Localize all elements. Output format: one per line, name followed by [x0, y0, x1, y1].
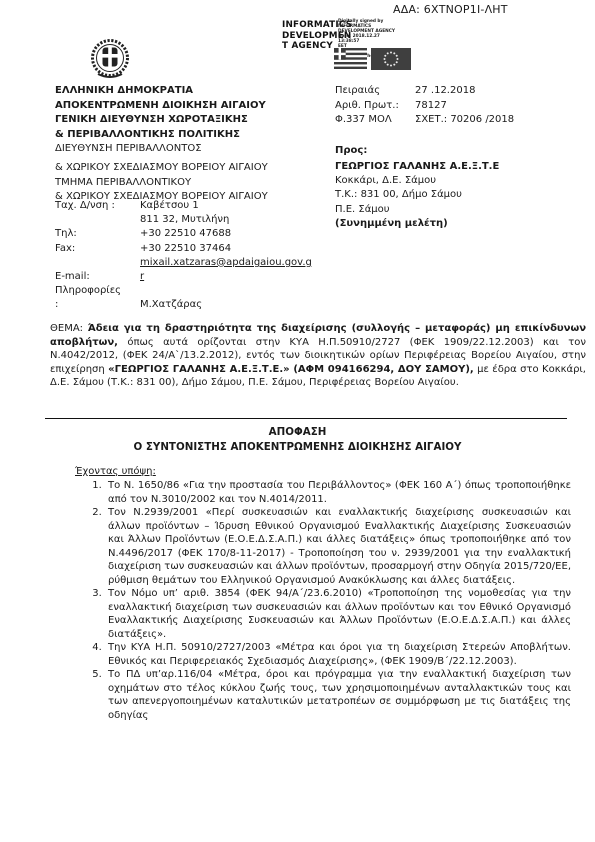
document-page: ΑΔΑ: 6ΧΤΝΟΡ1Ι-ΛΗΤ INFORMATICS DEVELOPMEN… — [0, 0, 595, 842]
org-line: ΕΛΛΗΝΙΚΗ ΔΗΜΟΚΡΑΤΙΑ — [55, 84, 268, 99]
subject-company-bold: «ΓΕΩΡΓΙΟΣ ΓΑΛΑΝΗΣ Α.Ε.Ξ.Τ.Ε.» (ΑΦΜ 09416… — [108, 364, 474, 375]
contact-label: Τηλ: — [55, 227, 140, 241]
contact-label: E-mail: — [55, 270, 140, 284]
contact-row-fax: Fax: +30 22510 37464 — [55, 242, 312, 256]
org-line: ΤΜΗΜΑ ΠΕΡΙΒΑΛΛΟΝΤΙΚΟΥ — [55, 176, 268, 191]
email-link[interactable]: mixail.xatzaras@apdaigaiou.gov.g — [140, 256, 312, 270]
recipient-address-line: Κοκκάρι, Δ.Ε. Σάμου — [335, 174, 499, 188]
greek-emblem-icon — [84, 36, 136, 82]
subject-label: ΘΕΜΑ: — [50, 323, 83, 334]
contact-label — [55, 256, 140, 270]
greek-flag-icon — [334, 48, 367, 69]
meta-value: 78127 — [415, 99, 447, 114]
contact-row-email-value: mixail.xatzaras@apdaigaiou.gov.g — [55, 256, 312, 270]
org-line: ΓΕΝΙΚΗ ΔΙΕΥΘΥΝΣΗ ΧΩΡΟΤΑΞΙΚΗΣ — [55, 113, 268, 128]
contact-row-info-person: : Μ.Χατζάρας — [55, 298, 312, 312]
legal-references-list: Το Ν. 1650/86 «Για την προστασία του Περ… — [55, 479, 571, 722]
org-line: ΑΠΟΚΕΝΤΡΩΜΕΝΗ ΔΙΟΙΚΗΣΗ ΑΙΓΑΙΟΥ — [55, 99, 268, 114]
meta-row-protocol-number: Αριθ. Πρωτ.: 78127 — [335, 99, 514, 114]
decision-title: ΑΠΟΦΑΣΗ — [0, 425, 595, 440]
contact-label: : — [55, 298, 140, 312]
contact-value: Καβέτσου 1 — [140, 199, 199, 213]
having-regard-label: Έχοντας υπόψη: — [75, 466, 156, 477]
org-header: ΕΛΛΗΝΙΚΗ ΔΗΜΟΚΡΑΤΙΑ ΑΠΟΚΕΝΤΡΩΜΕΝΗ ΔΙΟΙΚΗ… — [55, 84, 268, 205]
org-line: ΔΙΕΥΘΥΝΣΗ ΠΕΡΙΒΑΛΛΟΝΤΟΣ — [55, 142, 268, 157]
meta-value: ΣΧΕΤ.: 70206 /2018 — [415, 113, 514, 128]
contact-value: 811 32, Μυτιλήνη — [140, 213, 229, 227]
ada-code: ΑΔΑ: 6ΧΤΝΟΡ1Ι-ΛΗΤ — [393, 3, 508, 16]
org-line: & ΧΩΡΙΚΟΥ ΣΧΕΔΙΑΣΜΟΥ ΒΟΡΕΙΟΥ ΑΙΓΑΙΟΥ — [55, 161, 268, 176]
legal-item-5: Το ΠΔ υπ’αρ.116/04 «Μέτρα, όροι και πρόγ… — [105, 668, 571, 722]
contact-row-address: Ταχ. Δ/νση : Καβέτσου 1 — [55, 199, 312, 213]
decision-heading: ΑΠΟΦΑΣΗ Ο ΣΥΝΤΟΝΙΣΤΗΣ ΑΠΟΚΕΝΤΡΩΜΕΝΗΣ ΔΙΟ… — [0, 425, 595, 455]
contact-row-info: Πληροφορίες — [55, 284, 312, 298]
protocol-meta-block: Πειραιάς 27 .12.2018 Αριθ. Πρωτ.: 78127 … — [335, 84, 514, 128]
legal-item-1: Το Ν. 1650/86 «Για την προστασία του Περ… — [105, 479, 571, 506]
legal-item-4: Την ΚΥΑ Η.Π. 50910/2727/2003 «Μέτρα και … — [105, 641, 571, 668]
legal-item-2: Τον Ν.2939/2001 «Περί συσκευασιών και εν… — [105, 506, 571, 587]
signature-stamp-flags — [334, 48, 411, 70]
meta-label: Πειραιάς — [335, 84, 415, 99]
meta-row-date: Πειραιάς 27 .12.2018 — [335, 84, 514, 99]
eu-flag-icon — [371, 48, 411, 70]
meta-label: Φ.337 ΜΟΛ — [335, 113, 415, 128]
attachment-note: (Συνημμένη μελέτη) — [335, 217, 499, 231]
to-label: Προς: — [335, 145, 367, 156]
contact-label — [55, 213, 140, 227]
decision-subtitle: Ο ΣΥΝΤΟΝΙΣΤΗΣ ΑΠΟΚΕΝΤΡΩΜΕΝΗΣ ΔΙΟΙΚΗΣΗΣ Α… — [0, 440, 595, 455]
subject-paragraph: ΘΕΜΑ: Άδεια για τη δραστηριότητα της δια… — [50, 322, 586, 390]
contact-row-address2: 811 32, Μυτιλήνη — [55, 213, 312, 227]
contact-value: +30 22510 47688 — [140, 227, 231, 241]
email-link-wrap[interactable]: r — [140, 270, 144, 284]
meta-value: 27 .12.2018 — [415, 84, 475, 99]
meta-label: Αριθ. Πρωτ.: — [335, 99, 415, 114]
contact-label: Πληροφορίες — [55, 284, 140, 298]
contact-row-phone: Τηλ: +30 22510 47688 — [55, 227, 312, 241]
contact-value: Μ.Χατζάρας — [140, 298, 202, 312]
recipient-address-line: Τ.Κ.: 831 00, Δήμο Σάμου — [335, 188, 499, 202]
subject-divider — [45, 418, 567, 419]
contact-value: +30 22510 37464 — [140, 242, 231, 256]
contact-block: Ταχ. Δ/νση : Καβέτσου 1 811 32, Μυτιλήνη… — [55, 199, 312, 313]
meta-row-file-ref: Φ.337 ΜΟΛ ΣΧΕΤ.: 70206 /2018 — [335, 113, 514, 128]
recipient-name: ΓΕΩΡΓΙΟΣ ΓΑΛΑΝΗΣ Α.Ε.Ξ.Τ.Ε — [335, 160, 499, 174]
recipient-address-line: Π.Ε. Σάμου — [335, 203, 499, 217]
recipient-block: ΓΕΩΡΓΙΟΣ ΓΑΛΑΝΗΣ Α.Ε.Ξ.Τ.Ε Κοκκάρι, Δ.Ε.… — [335, 160, 499, 231]
contact-label: Ταχ. Δ/νση : — [55, 199, 140, 213]
contact-label: Fax: — [55, 242, 140, 256]
org-line: & ΠΕΡΙΒΑΛΛΟΝΤΙΚΗΣ ΠΟΛΙΤΙΚΗΣ — [55, 128, 268, 143]
legal-item-3: Τον Νόμο υπ’ αριθ. 3854 (ΦΕΚ 94/Α΄/23.6.… — [105, 587, 571, 641]
contact-row-email-label: E-mail: r — [55, 270, 312, 284]
